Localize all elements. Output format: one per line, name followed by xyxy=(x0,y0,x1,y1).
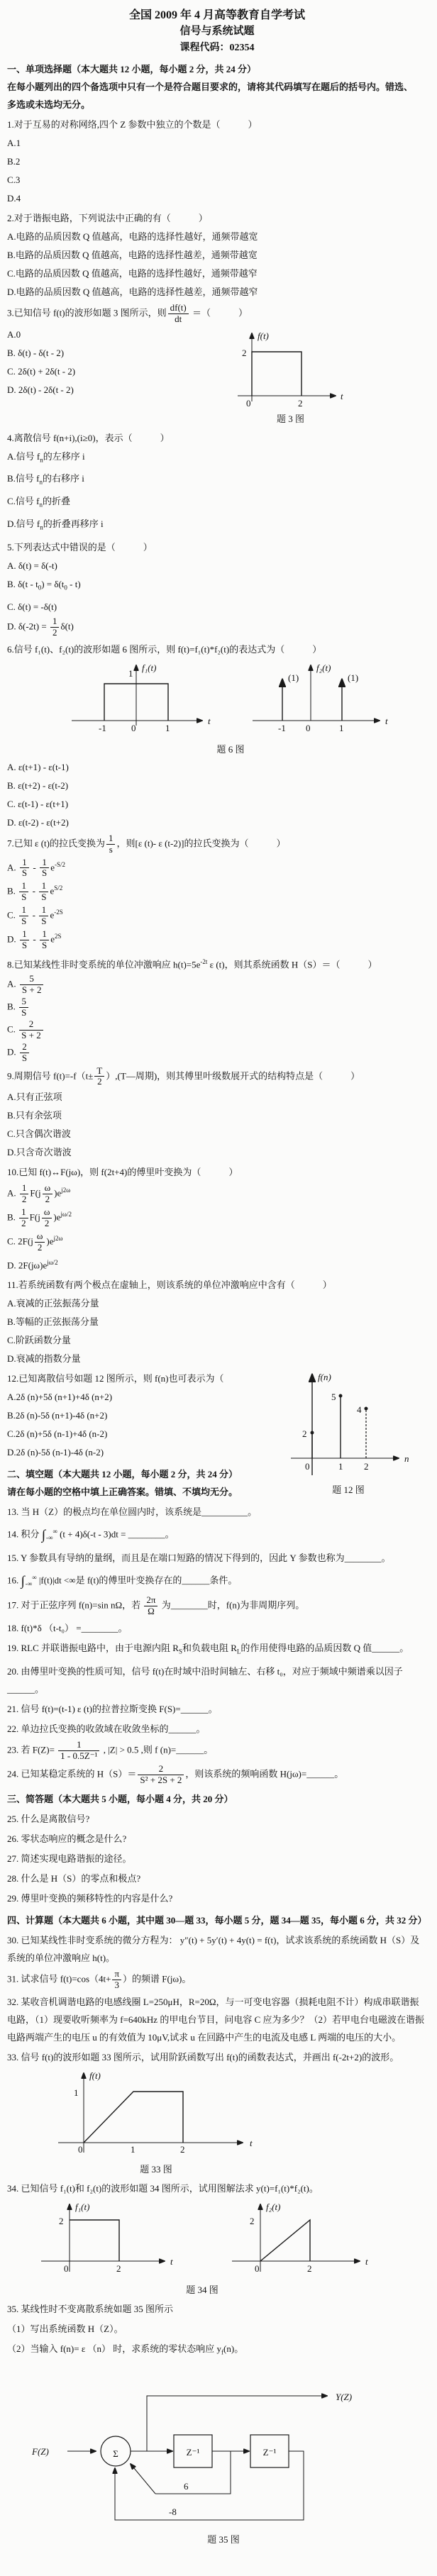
figure-33: f(t) 1 0 1 2 t 题 33 图 xyxy=(50,2066,262,2177)
fig6-left-xlabel: t xyxy=(208,716,211,726)
q35-line3: （2）当输入 f(n)= ε （n） 时，求系统的零状态响应 yf(n)。 xyxy=(7,2338,427,2362)
fig3-ytick: 2 xyxy=(242,348,247,358)
fig6-right-graph: f₂(t) (1) (1) -1 0 1 t xyxy=(248,658,394,742)
fig35-gain-6-label: 6 xyxy=(184,2481,189,2492)
q3-body: A.0 B. δ(t) - δ(t - 2) C. 2δ(t) + 2δ(t -… xyxy=(7,325,427,427)
fig35-sigma-label: Σ xyxy=(113,2448,118,2459)
q4-stem: 4.离散信号 f(n+i),(i≥0)，表示（ ） xyxy=(7,427,427,447)
figure-6: f₁(t) 1 -1 0 1 t f₂(t) (1) (1) -1 0 1 t xyxy=(67,658,427,742)
fig33-ylabel: f(t) xyxy=(89,2070,101,2081)
fig34-left-axes xyxy=(41,2204,165,2272)
q5-option-b: B. δ(t - t0) = δ(t0 - t) xyxy=(7,574,427,597)
q18-text: 18. f(t)*δ （t-t₀） =________。 xyxy=(7,1617,427,1637)
q25-text: 25. 什么是离散信号? xyxy=(7,1808,427,1828)
q11-stem: 11.若系统函数有两个极点在虚轴上，则该系统的单位冲激响应中含有（ ） xyxy=(7,1274,427,1294)
q21-text: 21. 信号 f(t)=(t-1) ε (t)的拉普拉斯变换 F(S)=____… xyxy=(7,1698,427,1718)
fig3-caption: 题 3 图 xyxy=(232,411,349,427)
q8-option-b: B. 5S xyxy=(7,996,427,1018)
q4-option-d: D.信号 fn的折叠再移序 i xyxy=(7,514,427,537)
fig6-right-xtick-0: 0 xyxy=(306,723,311,733)
q8-option-c: C. 2S + 2 xyxy=(7,1018,427,1041)
fig33-xlabel: t xyxy=(250,2138,253,2148)
q11-option-b: B.等幅的正弦振荡分量 xyxy=(7,1312,427,1331)
q12-option-d: D.2δ (n)-5δ (n-1)-4δ (n-2) xyxy=(7,1443,285,1461)
section2-instructions: 请在每小题的空格中填上正确答案。错填、不填均无分。 xyxy=(7,1483,285,1501)
q34-text: 34. 已知信号 f₁(t)和 f₂(t)的波形如题 34 图所示，试用图解法求… xyxy=(7,2177,427,2197)
fig34-left-graph: f₁(t) 2 0 2 t xyxy=(28,2197,181,2282)
q11-option-d: D.衰减的指数分量 xyxy=(7,1349,427,1367)
q12-left-column: 12.已知离散信号如题 12 图所示，则 f(n)也可表示为（ A.2δ (n)… xyxy=(7,1367,285,1501)
q33-text: 33. 信号 f(t)的波形如题 33 图所示，试用阶跃函数写出 f(t)的函数… xyxy=(7,2046,427,2066)
fig6-right-xlabel: t xyxy=(385,716,388,726)
fig12-xtick-1: 1 xyxy=(338,1461,343,1472)
fig33-waveform xyxy=(84,2092,183,2143)
fig3-ylabel: f(t) xyxy=(258,331,269,341)
fig35-gain-neg8-label: -8 xyxy=(169,2506,177,2517)
fig6-right-weight-1: (1) xyxy=(348,672,358,683)
q1-option-c: C.3 xyxy=(7,170,427,189)
fig6-left-xtick-m1: -1 xyxy=(99,723,106,733)
q35-line1: 35. 某线性时不变离散系统如题 35 图所示 xyxy=(7,2298,427,2318)
fig33-ytick: 1 xyxy=(74,2087,79,2098)
q28-text: 28. 什么是 H（S）的零点和极点? xyxy=(7,1867,427,1887)
q2-option-a: A.电路的品质因数 Q 值越高，电路的选择性越好，通频带越宽 xyxy=(7,227,427,245)
q12-stem: 12.已知离散信号如题 12 图所示，则 f(n)也可表示为（ xyxy=(7,1367,285,1387)
figure-3: f(t) t 2 0 2 题 3 图 xyxy=(232,325,349,427)
q27-text: 27. 简述实现电路谐振的途径。 xyxy=(7,1848,427,1867)
q9-option-b: B.只有余弦项 xyxy=(7,1106,427,1124)
q10-option-c: C. 2F(jω2)ej2ω xyxy=(7,1229,427,1253)
q12-option-c: C.2δ (n)+5δ (n-1)+4δ (n-2) xyxy=(7,1424,285,1443)
fig12-value-n1: 5 xyxy=(331,1392,336,1402)
section1-instructions-line1: 在每小题列出的四个备选项中只有一个是符合题目要求的，请将其代码填写在题后的括号内… xyxy=(7,78,427,96)
q10-option-d: D. 2F(jω)ejω/2 xyxy=(7,1253,427,1274)
fig6-right-xtick-1: 1 xyxy=(339,723,344,733)
fig35-input-label: F(Z) xyxy=(31,2446,49,2457)
q8-stem: 8.已知某线性非时变系统的单位冲激响应 h(t)=5e-2t ε (t)，则其系… xyxy=(7,951,427,973)
exam-title: 全国 2009 年 4 月高等教育自学考试 xyxy=(7,7,427,23)
fig6-right-weight-m1: (1) xyxy=(288,672,299,683)
exam-paper: 全国 2009 年 4 月高等教育自学考试 信号与系统试题 课程代码：02354… xyxy=(0,0,437,2566)
section1-instructions-line2: 多选或未选均无分。 xyxy=(7,96,427,113)
q1-option-b: B.2 xyxy=(7,152,427,170)
q9-option-d: D.只含奇次谐波 xyxy=(7,1143,427,1161)
fig12-value-n2: 4 xyxy=(357,1404,362,1415)
q10-option-b: B. 12F(jω2)ejω/2 xyxy=(7,1205,427,1229)
q9-option-c: C.只含偶次谐波 xyxy=(7,1124,427,1143)
q10-stem: 10.已知 f(t)↔F(jω)，则 f(2t+4)的傅里叶变换为（ ） xyxy=(7,1161,427,1181)
q8-option-d: D. 2S xyxy=(7,1041,427,1064)
fig33-xtick-2: 2 xyxy=(180,2144,185,2155)
fig35-caption: 题 35 图 xyxy=(25,2532,422,2548)
fig34-right-axes xyxy=(232,2204,360,2272)
q3-options: A.0 B. δ(t) - δ(t - 2) C. 2δ(t) + 2δ(t -… xyxy=(7,325,232,399)
fig6-left-ytick: 1 xyxy=(128,668,133,679)
q5-stem: 5.下列表达式中错误的是（ ） xyxy=(7,536,427,556)
fig12-axes xyxy=(291,1375,399,1475)
q13-text: 13. 当 H（Z）的极点均在单位圆内时，该系统是__________。 xyxy=(7,1501,427,1521)
fig3-axes xyxy=(238,333,336,401)
fig3-pulse-waveform xyxy=(252,352,302,396)
fig34-left-ytick: 2 xyxy=(59,2216,64,2226)
fig34-right-ramp xyxy=(260,2220,310,2261)
q3-stem: 3.已知信号 f(t)的波形如题 3 图所示，则df(t)dt ＝（ ） xyxy=(7,301,427,325)
q11-option-c: C.阶跃函数分量 xyxy=(7,1331,427,1349)
q2-stem: 2.对于谐振电路，下列说法中正确的有（ ） xyxy=(7,207,427,227)
fig35-feedback-6-path xyxy=(131,2451,231,2494)
q3-option-d: D. 2δ(t) - 2δ(t - 2) xyxy=(7,380,232,399)
fig12-graph: f(n) 2 5 4 0 1 2 n xyxy=(285,1367,411,1482)
q6-stem: 6.信号 f₁(t)、f₂(t)的波形如题 6 图所示，则 f(t)=f₁(t)… xyxy=(7,638,427,658)
fig12-value-n0: 2 xyxy=(302,1428,307,1439)
fig33-xtick-0: 0 xyxy=(78,2144,83,2155)
fig33-caption: 题 33 图 xyxy=(50,2162,262,2177)
q12-body: 12.已知离散信号如题 12 图所示，则 f(n)也可表示为（ A.2δ (n)… xyxy=(7,1367,427,1501)
q1-option-a: A.1 xyxy=(7,133,427,152)
q30-text: 30. 已知某线性非时变系统的微分方程为： y″(t) + 5y′(t) + 4… xyxy=(7,1929,427,1967)
fig34-right-xtick-2: 2 xyxy=(307,2263,312,2274)
fig35-feedback-8-path xyxy=(115,2451,304,2520)
figure-12: f(n) 2 5 4 0 1 2 n 题 12 图 xyxy=(285,1367,411,1498)
q9-option-a: A.只有正弦项 xyxy=(7,1087,427,1106)
q16-text: 16. ∫-∞∞ |f(t)|dt <∞是 f(t)的傅里叶变换存在的_____… xyxy=(7,1567,427,1593)
q15-text: 15. Y 参数具有导纳的量纲，而且是在端口短路的情况下得到的，因此 Y 参数也… xyxy=(7,1547,427,1567)
fig34-left-xlabel: t xyxy=(170,2256,173,2267)
fig34-right-graph: f₂(t) 2 0 2 t xyxy=(223,2197,376,2282)
course-code: 课程代码：02354 xyxy=(7,40,427,56)
q6-option-c: C. ε(t-1) - ε(t+1) xyxy=(7,794,427,813)
q2-option-c: C.电路的品质因数 Q 值越高，电路的选择性越好，通频带越窄 xyxy=(7,264,427,282)
fig6-left-xtick-0: 0 xyxy=(131,723,136,733)
fig34-left-xtick-2: 2 xyxy=(116,2263,121,2274)
q1-stem: 1.对于互易的对称网络,四个 Z 参数中独立的个数是（ ） xyxy=(7,113,427,133)
q17-text: 17. 对于正弦序列 f(n)=sin nΩ，若 2πΩ 为________时，… xyxy=(7,1593,427,1617)
section2-title: 二、填空题（本大题共 12 小题，每小题 2 分，共 24 分） xyxy=(7,1461,285,1483)
q2-option-b: B.电路的品质因数 Q 值越高，电路的选择性越差，通频带越宽 xyxy=(7,245,427,264)
fig35-delay1-label: Z⁻¹ xyxy=(187,2447,200,2458)
figure-35: F(Z) Σ Y(Z) Z⁻¹ Z⁻¹ 6 -8 题 35 图 xyxy=(25,2375,422,2548)
fig34-left-ylabel: f₁(t) xyxy=(75,2202,89,2212)
q5-option-d: D. δ(-2t) = 12δ(t) xyxy=(7,616,427,638)
q5-option-c: C. δ(t) = -δ(t) xyxy=(7,597,427,616)
q4-option-b: B.信号 fn的右移序 i xyxy=(7,469,427,492)
q12-option-a: A.2δ (n)+5δ (n+1)+4δ (n+2) xyxy=(7,1387,285,1406)
fig34-right-xlabel: t xyxy=(365,2256,368,2267)
fig33-graph: f(t) 1 0 1 2 t xyxy=(50,2066,262,2162)
figure-34: f₁(t) 2 0 2 t f₂(t) 2 0 2 t xyxy=(28,2197,427,2282)
q6-option-d: D. ε(t-2) - ε(t+2) xyxy=(7,813,427,831)
fig34-right-ytick: 2 xyxy=(250,2216,255,2226)
fig35-output-label: Y(Z) xyxy=(336,2392,352,2402)
q6-option-b: B. ε(t+2) - ε(t-2) xyxy=(7,776,427,794)
section4-title: 四、计算题（本大题共 6 小题，其中题 30—题 33，每小题 5 分，题 34… xyxy=(7,1907,427,1929)
q8-option-a: A. 5S + 2 xyxy=(7,973,427,996)
fig34-caption: 题 34 图 xyxy=(28,2282,376,2298)
q20-text: 20. 由傅里叶变换的性质可知，信号 f(t)在时域中沿时间轴左、右移 t₀，对… xyxy=(7,1660,427,1698)
q35-line2: （1）写出系统函数 H（Z）。 xyxy=(7,2318,427,2338)
q7-option-a: A. 1S - 1Se-S/2 xyxy=(7,855,427,879)
fig35-delay2-label: Z⁻¹ xyxy=(263,2447,277,2458)
q12-option-b: B.2δ (n)-5δ (n+1)-4δ (n+2) xyxy=(7,1406,285,1424)
q3-option-c: C. 2δ(t) + 2δ(t - 2) xyxy=(7,362,232,380)
q29-text: 29. 傅里叶变换的频移特性的内容是什么? xyxy=(7,1887,427,1907)
q14-text: 14. 积分 ∫-∞∞ (t + 4)δ(-t - 3)dt = _______… xyxy=(7,1521,427,1547)
q3-option-a: A.0 xyxy=(7,325,232,343)
fig12-caption: 题 12 图 xyxy=(285,1482,411,1498)
fig33-xtick-1: 1 xyxy=(131,2144,135,2155)
q11-option-a: A.衰减的正弦振荡分量 xyxy=(7,1294,427,1312)
q5-option-a: A. δ(t) = δ(-t) xyxy=(7,556,427,574)
fig6-right-impulses xyxy=(282,679,342,721)
q19-text: 19. RLC 并联谐振电路中，由于电源内阻 RS和负载电阻 RL的作用使得电路… xyxy=(7,1637,427,1661)
q10-option-a: A. 12F(jω2)ej2ω xyxy=(7,1181,427,1205)
q9-stem: 9.周期信号 f(t)=-f（t±T2）,(T—周期)，则其傅里叶级数展开式的结… xyxy=(7,1064,427,1088)
section1-title: 一、单项选择题（本大题共 12 小题，每小题 2 分，共 24 分） xyxy=(7,56,427,78)
q7-option-b: B. 1S - 1SeS/2 xyxy=(7,879,427,903)
fig6-left-ylabel: f₁(t) xyxy=(142,662,156,673)
q31-text: 31. 试求信号 f(t)=cos（4t+π3）的频谱 F(jω)。 xyxy=(7,1967,427,1991)
q2-option-d: D.电路的品质因数 Q 值越高，电路的选择性越差，通频带越窄 xyxy=(7,282,427,301)
q26-text: 26. 零状态响应的概念是什么? xyxy=(7,1828,427,1848)
fig12-xtick-2: 2 xyxy=(364,1461,369,1472)
q22-text: 22. 单边拉氏变换的收敛域在收敛坐标的______。 xyxy=(7,1718,427,1738)
fig3-graph: f(t) t 2 0 2 xyxy=(232,325,349,411)
q3-option-b: B. δ(t) - δ(t - 2) xyxy=(7,343,232,362)
q24-text: 24. 已知某稳定系统的 H（S）＝2S² + 2S + 2，则该系统的频响函数… xyxy=(7,1762,427,1786)
fig12-xlabel: n xyxy=(404,1453,409,1464)
fig34-right-ylabel: f₂(t) xyxy=(266,2202,280,2212)
fig12-xtick-0: 0 xyxy=(305,1461,310,1472)
fig6-caption: 题 6 图 xyxy=(67,742,394,757)
q7-option-d: D. 1S - 1Se2S xyxy=(7,927,427,951)
q6-option-a: A. ε(t+1) - ε(t-1) xyxy=(7,757,427,776)
fig35-diagram: F(Z) Σ Y(Z) Z⁻¹ Z⁻¹ 6 -8 xyxy=(25,2375,422,2532)
q23-text: 23. 若 F(Z)= 11 - 0.5Z⁻¹ , |Z| > 0.5 ,则 f… xyxy=(7,1738,427,1762)
fig6-left-xtick-1: 1 xyxy=(165,723,170,733)
fig6-left-axes xyxy=(72,665,202,726)
fig12-ylabel: f(n) xyxy=(318,1372,331,1382)
fig6-left-graph: f₁(t) 1 -1 0 1 t xyxy=(67,658,216,742)
fig6-right-ylabel: f₂(t) xyxy=(316,662,331,673)
q4-option-a: A.信号 fn的左移序 i xyxy=(7,447,427,470)
fig3-xlabel: t xyxy=(341,391,343,401)
q7-option-c: C. 1S - 1Se-2S xyxy=(7,903,427,927)
fig34-left-pulse xyxy=(70,2220,119,2261)
q32-text: 32. 某收音机调谐电路的电感线圈 L=250μH，R=20Ω，与一可变电容器（… xyxy=(7,1991,427,2046)
section3-title: 三、简答题（本大题共 5 小题，每小题 4 分，共 20 分） xyxy=(7,1786,427,1808)
fig6-right-axes xyxy=(253,665,380,721)
q7-stem: 7.已知 ε (t)的拉氏变换为1s，则[ε (t)- ε (t-2)]的拉氏变… xyxy=(7,831,427,855)
fig3-xtick-0: 0 xyxy=(246,398,251,409)
fig34-left-xtick-0: 0 xyxy=(64,2263,69,2274)
q4-option-c: C.信号 fn的折叠 xyxy=(7,492,427,514)
q1-option-d: D.4 xyxy=(7,189,427,207)
fig34-right-xtick-0: 0 xyxy=(255,2263,260,2274)
fig6-right-xtick-m1: -1 xyxy=(278,723,286,733)
subject-title: 信号与系统试题 xyxy=(7,23,427,40)
fig3-xtick-2: 2 xyxy=(298,398,303,409)
